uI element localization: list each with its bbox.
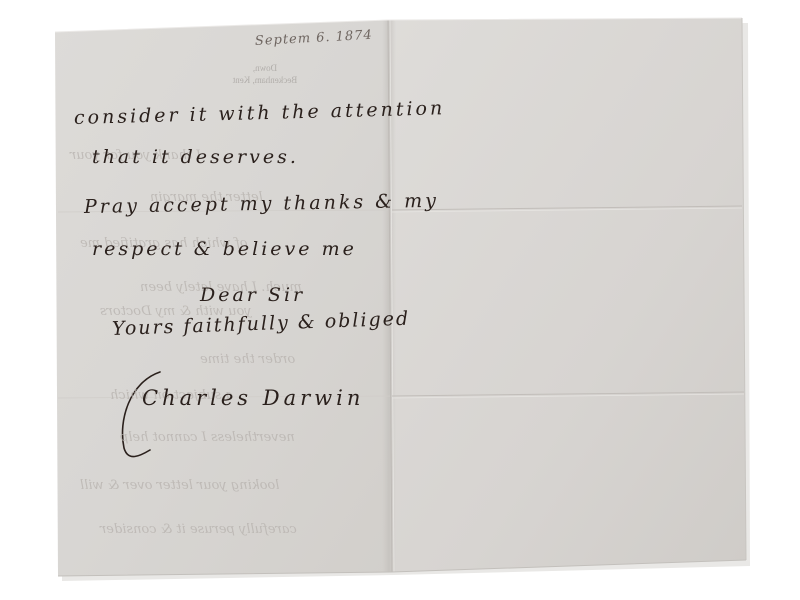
letter-line-4: respect & believe me xyxy=(92,238,357,260)
folded-paper-sheet xyxy=(0,0,800,600)
bleed-through-line: order the time xyxy=(200,352,295,367)
letterhead-line-1: Down, xyxy=(200,62,330,74)
bleed-through-line: looking your letter over & will xyxy=(80,478,279,493)
signature: Charles Darwin xyxy=(142,386,364,410)
letter-line-5-salutation: Dear Sir xyxy=(200,284,305,306)
bleed-through-line: carefully peruse it & consider xyxy=(100,522,297,537)
letter-photo: Down, Beckenham, Kent Septem 6. 1874 I t… xyxy=(0,0,800,600)
letter-line-2: that it deserves. xyxy=(92,146,299,168)
bleed-through-line: nevertheless I cannot help xyxy=(120,430,295,445)
letterhead-line-2: Beckenham, Kent xyxy=(200,74,330,86)
letterhead-stamp: Down, Beckenham, Kent xyxy=(200,62,330,86)
